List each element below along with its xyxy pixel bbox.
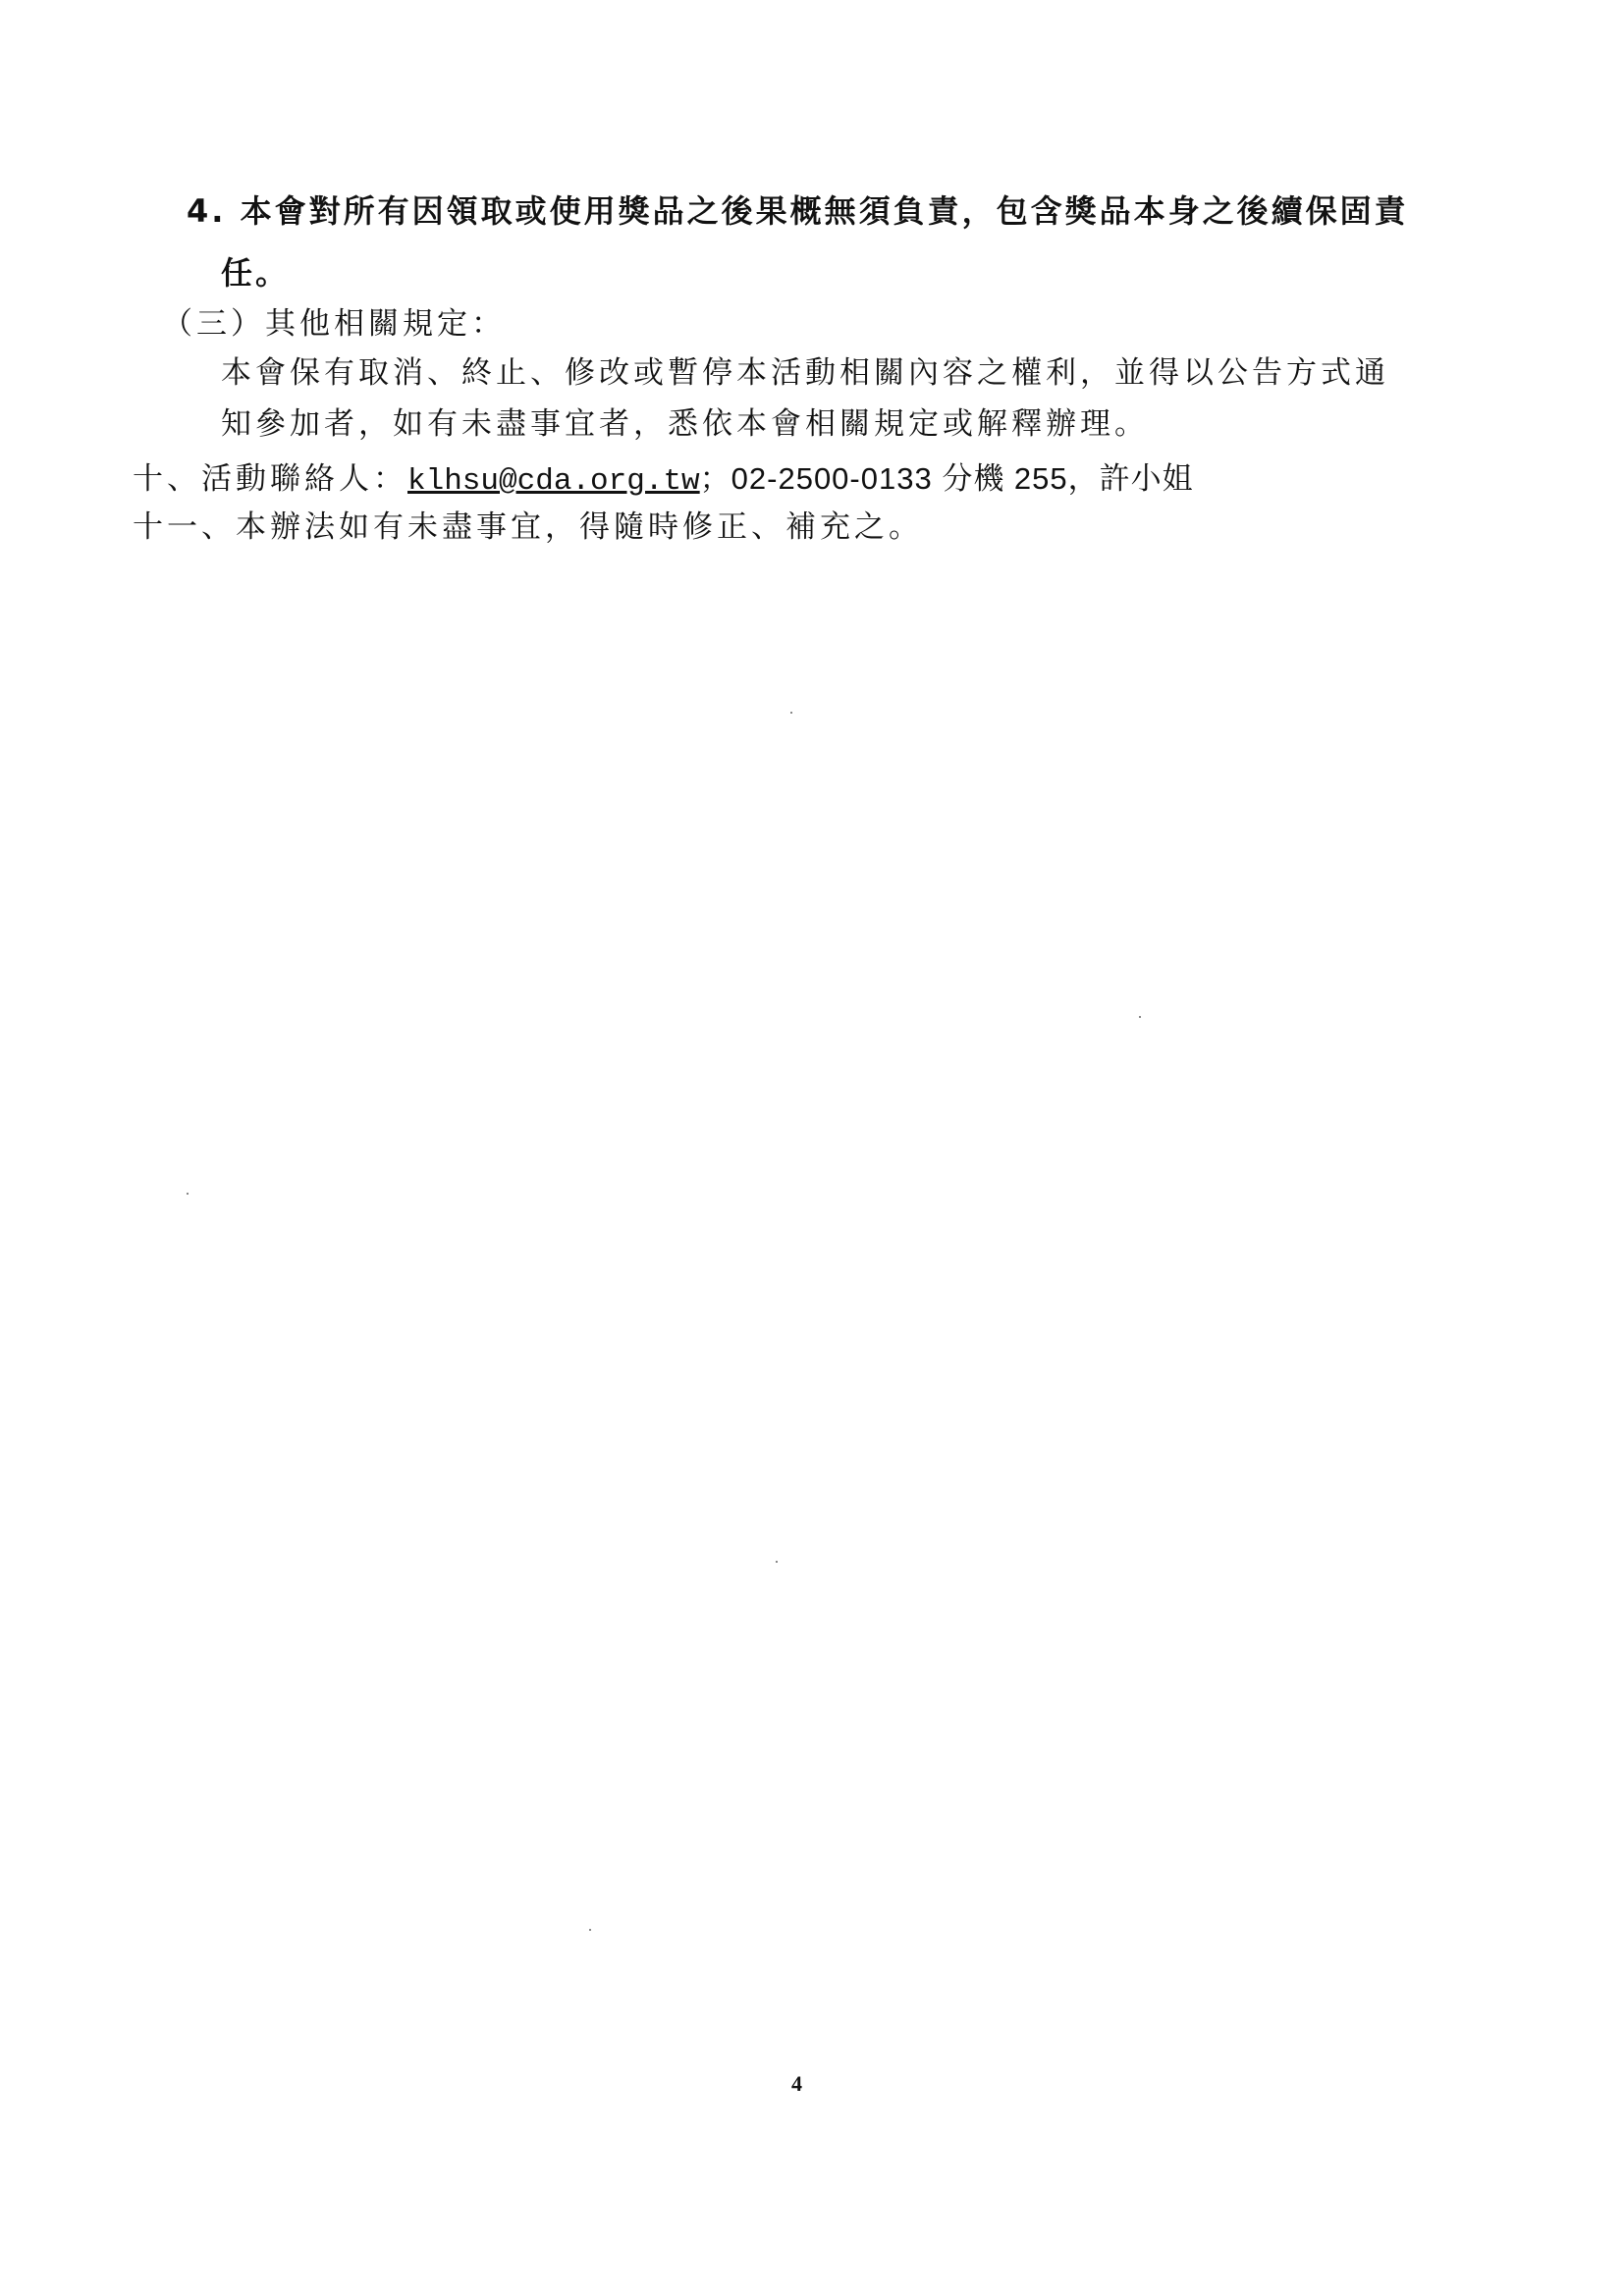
section10-contact: 十、活動聯絡人：klhsu@cda.org.tw；02-2500-0133 分機…: [133, 459, 1194, 502]
contact-email-link[interactable]: klhsu@cda.org.tw: [407, 464, 700, 499]
section10-prefix: 十、活動聯絡人：: [133, 461, 407, 497]
section3-heading: （三）其他相關規定：: [162, 304, 506, 344]
scan-speck: [187, 1193, 189, 1195]
page-number: 4: [791, 2071, 802, 2097]
scan-speck: [589, 1929, 591, 1931]
scan-speck: [1139, 1016, 1141, 1018]
section11-text: 十一、本辦法如有未盡事宜，得隨時修正、補充之。: [133, 507, 923, 547]
section3-body-line2: 知參加者，如有未盡事宜者，悉依本會相關規定或解釋辦理。: [221, 404, 1149, 444]
section10-phone: ；02-2500-0133 分機 255，許小姐: [700, 461, 1194, 496]
item4-line2: 任。: [221, 253, 290, 293]
section3-body-line1: 本會保有取消、終止、修改或暫停本活動相關內容之權利，並得以公告方式通: [221, 353, 1389, 393]
scan-speck: [776, 1561, 778, 1563]
item4-line1: 4. 本會對所有因領取或使用獎品之後果概無須負責，包含獎品本身之後續保固責: [187, 191, 1409, 231]
scan-speck: [790, 712, 792, 714]
